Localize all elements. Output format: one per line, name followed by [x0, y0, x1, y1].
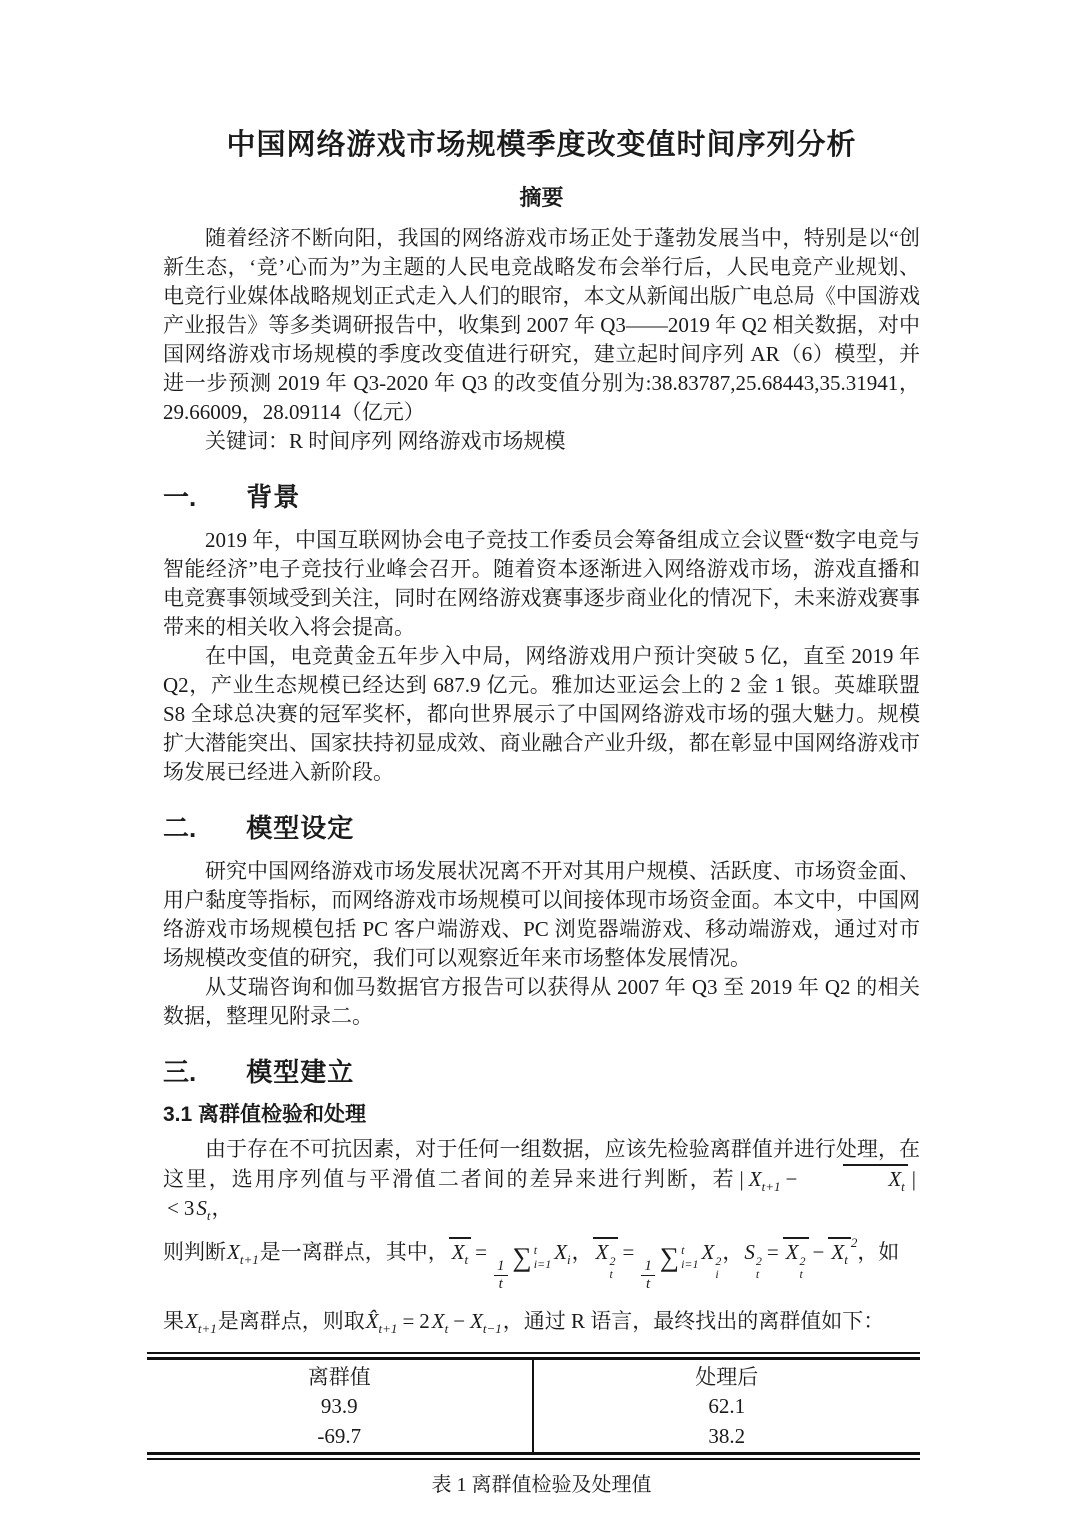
model-setup-paragraph-2: 从艾瑞咨询和伽马数据官方报告可以获得从 2007 年 Q3 至 2019 年 Q…	[163, 973, 920, 1031]
section-heading-model-building: 三. 模型建立	[163, 1055, 920, 1089]
section-title: 模型设定	[246, 811, 354, 845]
section-number: 三.	[163, 1055, 196, 1089]
table-header-outlier: 离群值	[147, 1360, 534, 1392]
outlier-intro-paragraph: 由于存在不可抗因素，对于任何一组数据，应该先检验离群值并进行处理，在这里，选用序…	[163, 1135, 920, 1223]
document-page: 中国网络游戏市场规模季度改变值时间序列分析 摘要 随着经济不断向阳，我国的网络游…	[0, 0, 1080, 1527]
subsection-heading-outlier: 3.1 离群值检验和处理	[163, 1101, 920, 1129]
section-title: 模型建立	[246, 1055, 354, 1089]
table-cell: 38.2	[534, 1422, 921, 1452]
outlier-formula-line-1: 则判断Xt+1是一离群点，其中，Xt=1t∑ti=1Xi，X2t=1t∑ti=1…	[163, 1237, 920, 1292]
table-header-processed: 处理后	[534, 1360, 921, 1392]
table-header-row: 离群值 处理后	[147, 1360, 920, 1392]
section-heading-model-setup: 二. 模型设定	[163, 811, 920, 845]
document-title: 中国网络游戏市场规模季度改变值时间序列分析	[163, 126, 920, 164]
section-title: 背景	[246, 480, 300, 514]
model-setup-paragraph-1: 研究中国网络游戏市场发展状况离不开对其用户规模、活跃度、市场资金面、用户黏度等指…	[163, 857, 920, 973]
abstract-heading: 摘要	[163, 184, 920, 212]
table-cell: -69.7	[147, 1422, 534, 1452]
keywords-line: 关键词：R 时间序列 网络游戏市场规模	[163, 427, 920, 456]
section-number: 一.	[163, 480, 196, 514]
table-caption: 表 1 离群值检验及处理值	[163, 1472, 920, 1498]
abstract-paragraph: 随着经济不断向阳，我国的网络游戏市场正处于蓬勃发展当中，特别是以“创新生态，‘竞…	[163, 224, 920, 427]
table-cell: 93.9	[147, 1392, 534, 1422]
table-cell: 62.1	[534, 1392, 921, 1422]
outlier-formula-line-2: 果Xt+1是离群点，则取X̂t+1=2Xt−Xt−1，通过 R 语言，最终找出的…	[163, 1306, 920, 1336]
table-row: -69.7 38.2	[147, 1422, 920, 1452]
table-row: 93.9 62.1	[147, 1392, 920, 1422]
background-paragraph-2: 在中国，电竞黄金五年步入中局，网络游戏用户预计突破 5 亿，直至 2019 年 …	[163, 642, 920, 787]
section-number: 二.	[163, 811, 196, 845]
section-heading-background: 一. 背景	[163, 480, 920, 514]
background-paragraph-1: 2019 年，中国互联网协会电子竞技工作委员会筹备组成立会议暨“数字电竞与智能经…	[163, 526, 920, 642]
table-bottom-rule-thin	[147, 1458, 920, 1460]
outlier-table: 离群值 处理后 93.9 62.1 -69.7 38.2	[147, 1352, 920, 1460]
